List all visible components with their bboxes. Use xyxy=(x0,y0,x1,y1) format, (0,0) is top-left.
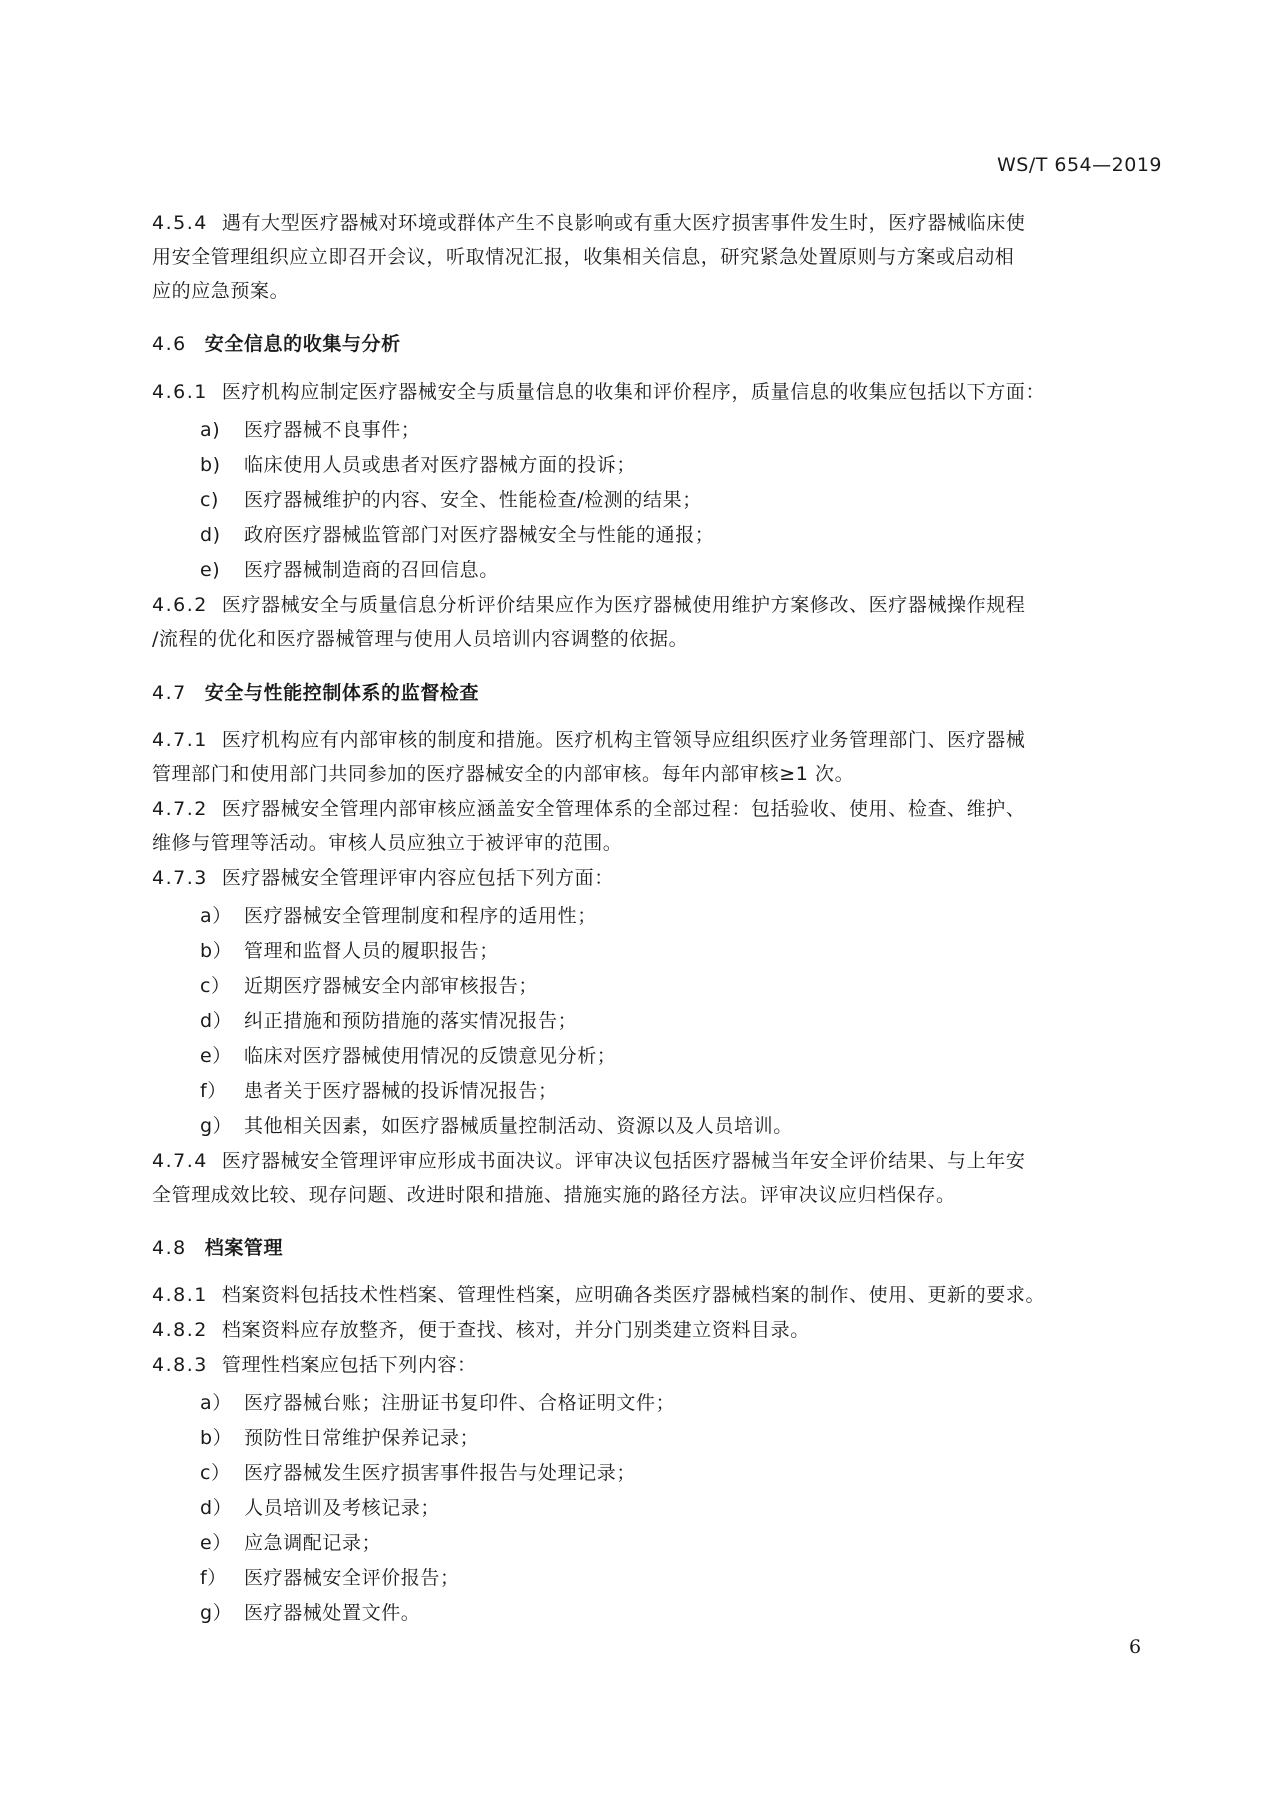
list-label: g） xyxy=(200,1113,244,1139)
section-number: 4.8 xyxy=(152,1235,187,1261)
list-item: d）纠正措施和预防措施的落实情况报告； xyxy=(200,1008,577,1034)
clause-4-6-1: 4.6.1医疗机构应制定医疗器械安全与质量信息的收集和评价程序，质量信息的收集应… xyxy=(152,379,1045,405)
list-text: 医疗器械台账；注册证书复印件、合格证明文件； xyxy=(244,1392,675,1414)
clause-4-5-4-line-3: 应的应急预案。 xyxy=(152,278,289,304)
clause-4-7-2-line-2: 维修与管理等活动。审核人员应独立于被评审的范围。 xyxy=(152,830,622,856)
clause-number: 4.8.3 xyxy=(152,1352,208,1378)
list-text: 临床使用人员或患者对医疗器械方面的投诉； xyxy=(244,454,636,476)
section-heading-4-8: 4.8档案管理 xyxy=(152,1235,283,1261)
list-label: a） xyxy=(200,903,244,929)
list-item: d）人员培训及考核记录； xyxy=(200,1495,440,1521)
list-text: 医疗器械安全管理制度和程序的适用性； xyxy=(244,905,597,927)
clause-4-7-1-line-1: 4.7.1医疗机构应有内部审核的制度和措施。医疗机构主管领导应组织医疗业务管理部… xyxy=(152,727,1025,753)
clause-number: 4.8.1 xyxy=(152,1282,208,1308)
clause-4-7-4-line-2: 全管理成效比较、现存问题、改进时限和措施、措施实施的路径方法。评审决议应归档保存… xyxy=(152,1182,956,1208)
clause-4-8-3: 4.8.3管理性档案应包括下列内容： xyxy=(152,1352,477,1378)
list-label: g） xyxy=(200,1600,244,1626)
list-text: 其他相关因素，如医疗器械质量控制活动、资源以及人员培训。 xyxy=(244,1115,793,1137)
clause-4-7-2-line-1: 4.7.2医疗器械安全管理内部审核应涵盖安全管理体系的全部过程：包括验收、使用、… xyxy=(152,796,1025,822)
clause-4-5-4-line-1: 4.5.4遇有大型医疗器械对环境或群体产生不良影响或有重大医疗损害事件发生时，医… xyxy=(152,210,1025,236)
list-label: f） xyxy=(200,1078,244,1104)
list-item: f）医疗器械安全评价报告； xyxy=(200,1565,460,1591)
list-item: c）医疗器械发生医疗损害事件报告与处理记录； xyxy=(200,1460,636,1486)
clause-text: 医疗机构应制定医疗器械安全与质量信息的收集和评价程序，质量信息的收集应包括以下方… xyxy=(222,381,1045,403)
list-text: 医疗器械维护的内容、安全、性能检查/检测的结果； xyxy=(244,489,702,511)
list-label: a） xyxy=(200,1390,244,1416)
list-text: 医疗器械发生医疗损害事件报告与处理记录； xyxy=(244,1462,636,1484)
clause-text: 医疗器械安全与质量信息分析评价结果应作为医疗器械使用维护方案修改、医疗器械操作规… xyxy=(222,594,1026,616)
clause-4-6-2-line-2: /流程的优化和医疗器械管理与使用人员培训内容调整的依据。 xyxy=(152,626,688,652)
clause-number: 4.7.2 xyxy=(152,796,208,822)
list-item: f）患者关于医疗器械的投诉情况报告； xyxy=(200,1078,558,1104)
list-item: a)医疗器械不良事件； xyxy=(200,417,420,443)
list-label: b） xyxy=(200,938,244,964)
clause-text: 医疗器械安全管理评审应形成书面决议。评审决议包括医疗器械当年安全评价结果、与上年… xyxy=(222,1150,1026,1172)
list-text: 人员培训及考核记录； xyxy=(244,1497,440,1519)
list-label: e) xyxy=(200,557,244,583)
section-heading-4-7: 4.7安全与性能控制体系的监督检查 xyxy=(152,680,479,706)
clause-number: 4.6.1 xyxy=(152,379,208,405)
page-number: 6 xyxy=(1129,1636,1141,1658)
clause-number: 4.8.2 xyxy=(152,1317,208,1343)
list-item: e）应急调配记录； xyxy=(200,1530,381,1556)
list-item: c)医疗器械维护的内容、安全、性能检查/检测的结果； xyxy=(200,487,702,513)
clause-number: 4.7.4 xyxy=(152,1148,208,1174)
list-text: 医疗器械制造商的召回信息。 xyxy=(244,559,499,581)
list-item: g）医疗器械处置文件。 xyxy=(200,1600,420,1626)
list-label: e） xyxy=(200,1043,244,1069)
clause-4-8-1: 4.8.1档案资料包括技术性档案、管理性档案，应明确各类医疗器械档案的制作、使用… xyxy=(152,1282,1045,1308)
list-item: b)临床使用人员或患者对医疗器械方面的投诉； xyxy=(200,452,636,478)
list-label: a) xyxy=(200,417,244,443)
list-text: 近期医疗器械安全内部审核报告； xyxy=(244,975,538,997)
section-number: 4.6 xyxy=(152,331,187,357)
list-text: 管理和监督人员的履职报告； xyxy=(244,940,499,962)
list-item: c）近期医疗器械安全内部审核报告； xyxy=(200,973,538,999)
document-page: WS/T 654—2019 4.5.4遇有大型医疗器械对环境或群体产生不良影响或… xyxy=(0,0,1280,1810)
section-title: 档案管理 xyxy=(205,1237,283,1259)
list-text: 纠正措施和预防措施的落实情况报告； xyxy=(244,1010,577,1032)
list-item: b）管理和监督人员的履职报告； xyxy=(200,938,499,964)
list-text: 预防性日常维护保养记录； xyxy=(244,1427,479,1449)
list-text: 临床对医疗器械使用情况的反馈意见分析； xyxy=(244,1045,616,1067)
list-text: 政府医疗器械监管部门对医疗器械安全与性能的通报； xyxy=(244,524,714,546)
list-label: d） xyxy=(200,1495,244,1521)
section-title: 安全信息的收集与分析 xyxy=(205,333,401,355)
list-text: 医疗器械安全评价报告； xyxy=(244,1567,460,1589)
list-label: c） xyxy=(200,1460,244,1486)
clause-number: 4.7.1 xyxy=(152,727,208,753)
list-label: c) xyxy=(200,487,244,513)
section-number: 4.7 xyxy=(152,680,187,706)
clause-4-7-3: 4.7.3医疗器械安全管理评审内容应包括下列方面： xyxy=(152,865,614,891)
clause-4-6-2-line-1: 4.6.2医疗器械安全与质量信息分析评价结果应作为医疗器械使用维护方案修改、医疗… xyxy=(152,592,1025,618)
list-label: b) xyxy=(200,452,244,478)
clause-text: 遇有大型医疗器械对环境或群体产生不良影响或有重大医疗损害事件发生时，医疗器械临床… xyxy=(222,212,1026,234)
list-label: b） xyxy=(200,1425,244,1451)
list-label: e） xyxy=(200,1530,244,1556)
clause-text: 医疗机构应有内部审核的制度和措施。医疗机构主管领导应组织医疗业务管理部门、医疗器… xyxy=(222,729,1026,751)
standard-code: WS/T 654—2019 xyxy=(997,154,1162,176)
section-heading-4-6: 4.6安全信息的收集与分析 xyxy=(152,331,401,357)
clause-4-8-2: 4.8.2档案资料应存放整齐，便于查找、核对，并分门别类建立资料目录。 xyxy=(152,1317,810,1343)
clause-text: 医疗器械安全管理内部审核应涵盖安全管理体系的全部过程：包括验收、使用、检查、维护… xyxy=(222,798,1026,820)
clause-4-5-4-line-2: 用安全管理组织应立即召开会议，听取情况汇报，收集相关信息，研究紧急处置原则与方案… xyxy=(152,244,1014,270)
clause-text: 档案资料应存放整齐，便于查找、核对，并分门别类建立资料目录。 xyxy=(222,1319,810,1341)
list-label: f） xyxy=(200,1565,244,1591)
list-item: d)政府医疗器械监管部门对医疗器械安全与性能的通报； xyxy=(200,522,714,548)
clause-text: 管理性档案应包括下列内容： xyxy=(222,1354,477,1376)
list-label: c） xyxy=(200,973,244,999)
list-label: d） xyxy=(200,1008,244,1034)
list-item: a）医疗器械台账；注册证书复印件、合格证明文件； xyxy=(200,1390,675,1416)
section-title: 安全与性能控制体系的监督检查 xyxy=(205,682,479,704)
list-item: e)医疗器械制造商的召回信息。 xyxy=(200,557,499,583)
clause-number: 4.5.4 xyxy=(152,210,208,236)
list-text: 医疗器械处置文件。 xyxy=(244,1602,420,1624)
clause-number: 4.6.2 xyxy=(152,592,208,618)
list-item: e）临床对医疗器械使用情况的反馈意见分析； xyxy=(200,1043,616,1069)
list-item: b）预防性日常维护保养记录； xyxy=(200,1425,479,1451)
list-text: 医疗器械不良事件； xyxy=(244,419,420,441)
list-text: 患者关于医疗器械的投诉情况报告； xyxy=(244,1080,558,1102)
list-label: d) xyxy=(200,522,244,548)
clause-4-7-4-line-1: 4.7.4医疗器械安全管理评审应形成书面决议。评审决议包括医疗器械当年安全评价结… xyxy=(152,1148,1025,1174)
clause-number: 4.7.3 xyxy=(152,865,208,891)
list-text: 应急调配记录； xyxy=(244,1532,381,1554)
list-item: g）其他相关因素，如医疗器械质量控制活动、资源以及人员培训。 xyxy=(200,1113,793,1139)
clause-text: 档案资料包括技术性档案、管理性档案，应明确各类医疗器械档案的制作、使用、更新的要… xyxy=(222,1284,1045,1306)
clause-text: 医疗器械安全管理评审内容应包括下列方面： xyxy=(222,867,614,889)
list-item: a）医疗器械安全管理制度和程序的适用性； xyxy=(200,903,597,929)
clause-4-7-1-line-2: 管理部门和使用部门共同参加的医疗器械安全的内部审核。每年内部审核≥1 次。 xyxy=(152,761,854,787)
